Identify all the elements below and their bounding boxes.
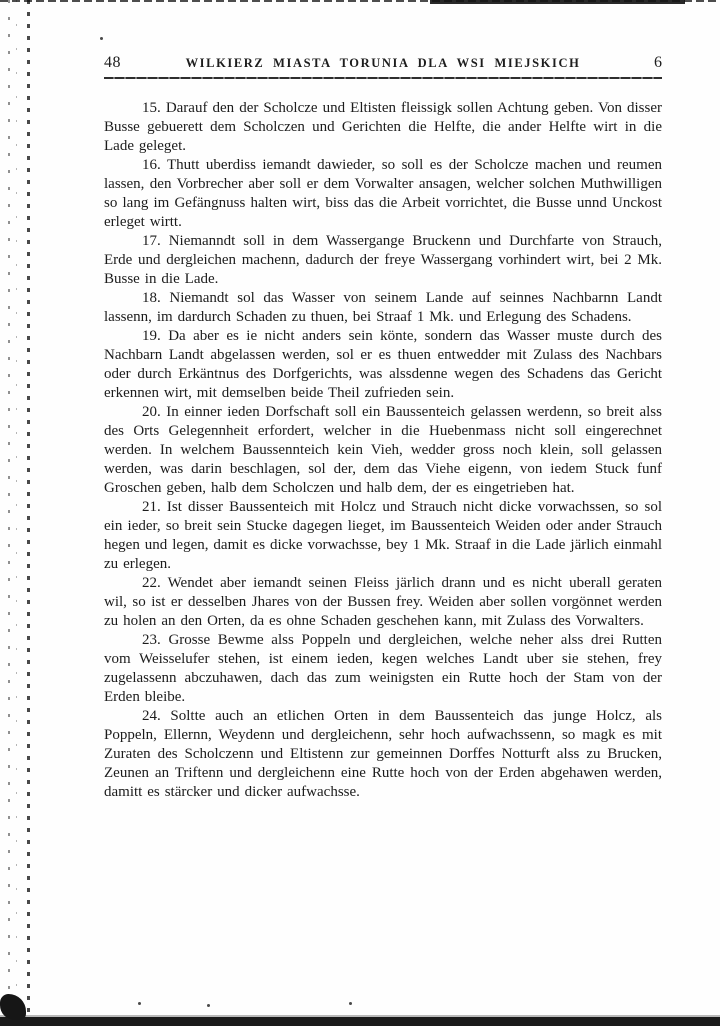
- scanned-book-page: 48 WILKIERZ MIASTA TORUNIA DLA WSI MIEJS…: [0, 0, 720, 1026]
- paragraph-text: Wendet aber iemandt seinen Fleiss järlic…: [104, 575, 662, 629]
- statute-paragraph-15: 15. Darauf den der Scholcze und Eltisten…: [104, 99, 662, 156]
- statute-paragraph-20: 20. In einner ieden Dorfschaft soll ein …: [104, 403, 662, 498]
- scan-artifact-bottom-bar: [0, 1017, 720, 1026]
- paragraph-text: Grosse Bewme alss Poppeln und dergleiche…: [104, 632, 662, 705]
- paragraph-text: Da aber es ie nicht anders sein könte, s…: [104, 328, 662, 401]
- paragraph-number: 16.: [142, 157, 161, 173]
- paragraph-text: Thutt uberdiss iemandt dawieder, so soll…: [104, 157, 662, 230]
- scan-speck: [100, 37, 103, 40]
- paragraph-number: 23.: [142, 632, 161, 648]
- paragraph-text: Niemanndt soll in dem Wassergange Brucke…: [104, 233, 662, 287]
- scan-artifact-top-edge: [0, 0, 720, 4]
- paragraph-number: 20.: [142, 404, 161, 420]
- paragraph-text: In einner ieden Dorfschaft soll ein Baus…: [104, 404, 662, 496]
- statute-paragraph-18: 18. Niemandt sol das Wasser von seinem L…: [104, 289, 662, 327]
- statute-paragraph-19: 19. Da aber es ie nicht anders sein könt…: [104, 327, 662, 403]
- running-title: WILKIERZ MIASTA TORUNIA DLA WSI MIEJSKIC…: [174, 56, 592, 71]
- paragraph-number: 24.: [142, 708, 161, 724]
- statute-paragraph-23: 23. Grosse Bewme alss Poppeln und dergle…: [104, 631, 662, 707]
- paragraph-number: 18.: [142, 290, 161, 306]
- paragraph-number: 15.: [142, 100, 161, 116]
- scan-speck: [138, 1002, 141, 1005]
- scan-artifact-binding-edge: [0, 0, 34, 1026]
- header-rule: [104, 77, 662, 79]
- paragraph-number: 21.: [142, 499, 161, 515]
- statute-paragraph-17: 17. Niemanndt soll in dem Wassergange Br…: [104, 232, 662, 289]
- statute-paragraph-16: 16. Thutt uberdiss iemandt dawieder, so …: [104, 156, 662, 232]
- paragraph-text: Niemandt sol das Wasser von seinem Lande…: [104, 290, 662, 325]
- paragraph-number: 17.: [142, 233, 161, 249]
- paragraph-text: Soltte auch an etlichen Orten in dem Bau…: [104, 708, 662, 800]
- document-number: 6: [592, 54, 662, 72]
- page-number: 48: [104, 54, 174, 72]
- paragraph-number: 19.: [142, 328, 161, 344]
- running-header: 48 WILKIERZ MIASTA TORUNIA DLA WSI MIEJS…: [104, 54, 662, 79]
- paragraph-number: 22.: [142, 575, 161, 591]
- paragraph-text: Ist disser Baussenteich mit Holcz und St…: [104, 499, 662, 572]
- statute-paragraph-24: 24. Soltte auch an etlichen Orten in dem…: [104, 707, 662, 802]
- statute-paragraph-22: 22. Wendet aber iemandt seinen Fleiss jä…: [104, 574, 662, 631]
- scan-speck: [207, 1004, 210, 1007]
- scan-speck: [349, 1002, 352, 1005]
- paragraph-text: Darauf den der Scholcze und Eltisten fle…: [104, 100, 662, 154]
- statute-text-block: 15. Darauf den der Scholcze und Eltisten…: [104, 99, 662, 802]
- statute-paragraph-21: 21. Ist disser Baussenteich mit Holcz un…: [104, 498, 662, 574]
